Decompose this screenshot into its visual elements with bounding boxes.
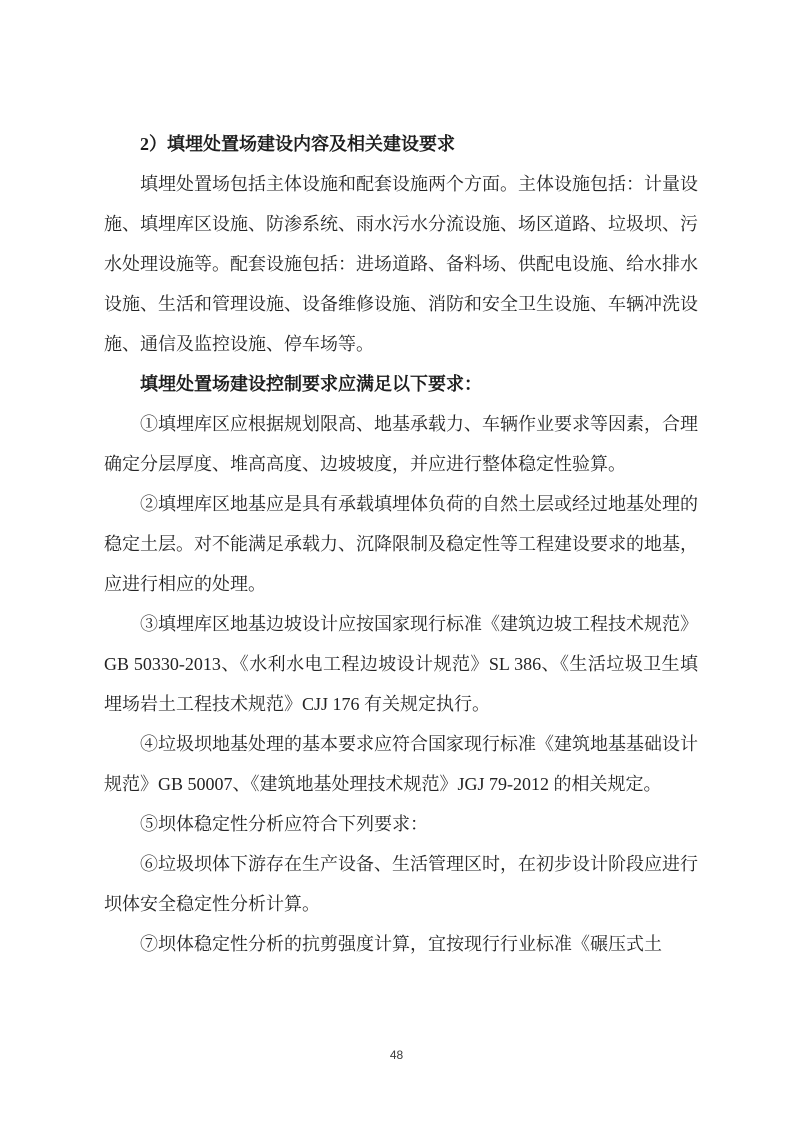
paragraph: ③填埋库区地基边坡设计应按国家现行标准《建筑边坡工程技术规范》GB 50330-… bbox=[104, 604, 698, 724]
paragraph: ⑥垃圾坝体下游存在生产设备、生活管理区时，在初步设计阶段应进行坝体安全稳定性分析… bbox=[104, 844, 698, 924]
paragraph-subheading: 填埋处置场建设控制要求应满足以下要求： bbox=[104, 364, 698, 404]
paragraph: 填埋处置场包括主体设施和配套设施两个方面。主体设施包括：计量设施、填埋库区设施、… bbox=[104, 164, 698, 364]
section-heading: 2）填埋处置场建设内容及相关建设要求 bbox=[104, 124, 698, 164]
document-body: 2）填埋处置场建设内容及相关建设要求 填埋处置场包括主体设施和配套设施两个方面。… bbox=[104, 124, 698, 964]
paragraph: ①填埋库区应根据规划限高、地基承载力、车辆作业要求等因素，合理确定分层厚度、堆高… bbox=[104, 404, 698, 484]
paragraph: ②填埋库区地基应是具有承载填埋体负荷的自然土层或经过地基处理的稳定土层。对不能满… bbox=[104, 484, 698, 604]
document-page: 2）填埋处置场建设内容及相关建设要求 填埋处置场包括主体设施和配套设施两个方面。… bbox=[0, 0, 793, 1123]
paragraph: ⑤坝体稳定性分析应符合下列要求： bbox=[104, 804, 698, 844]
page-number: 48 bbox=[0, 1048, 793, 1062]
paragraph: ④垃圾坝地基处理的基本要求应符合国家现行标准《建筑地基基础设计规范》GB 500… bbox=[104, 724, 698, 804]
paragraph: ⑦坝体稳定性分析的抗剪强度计算，宜按现行行业标准《碾压式土 bbox=[104, 924, 698, 964]
